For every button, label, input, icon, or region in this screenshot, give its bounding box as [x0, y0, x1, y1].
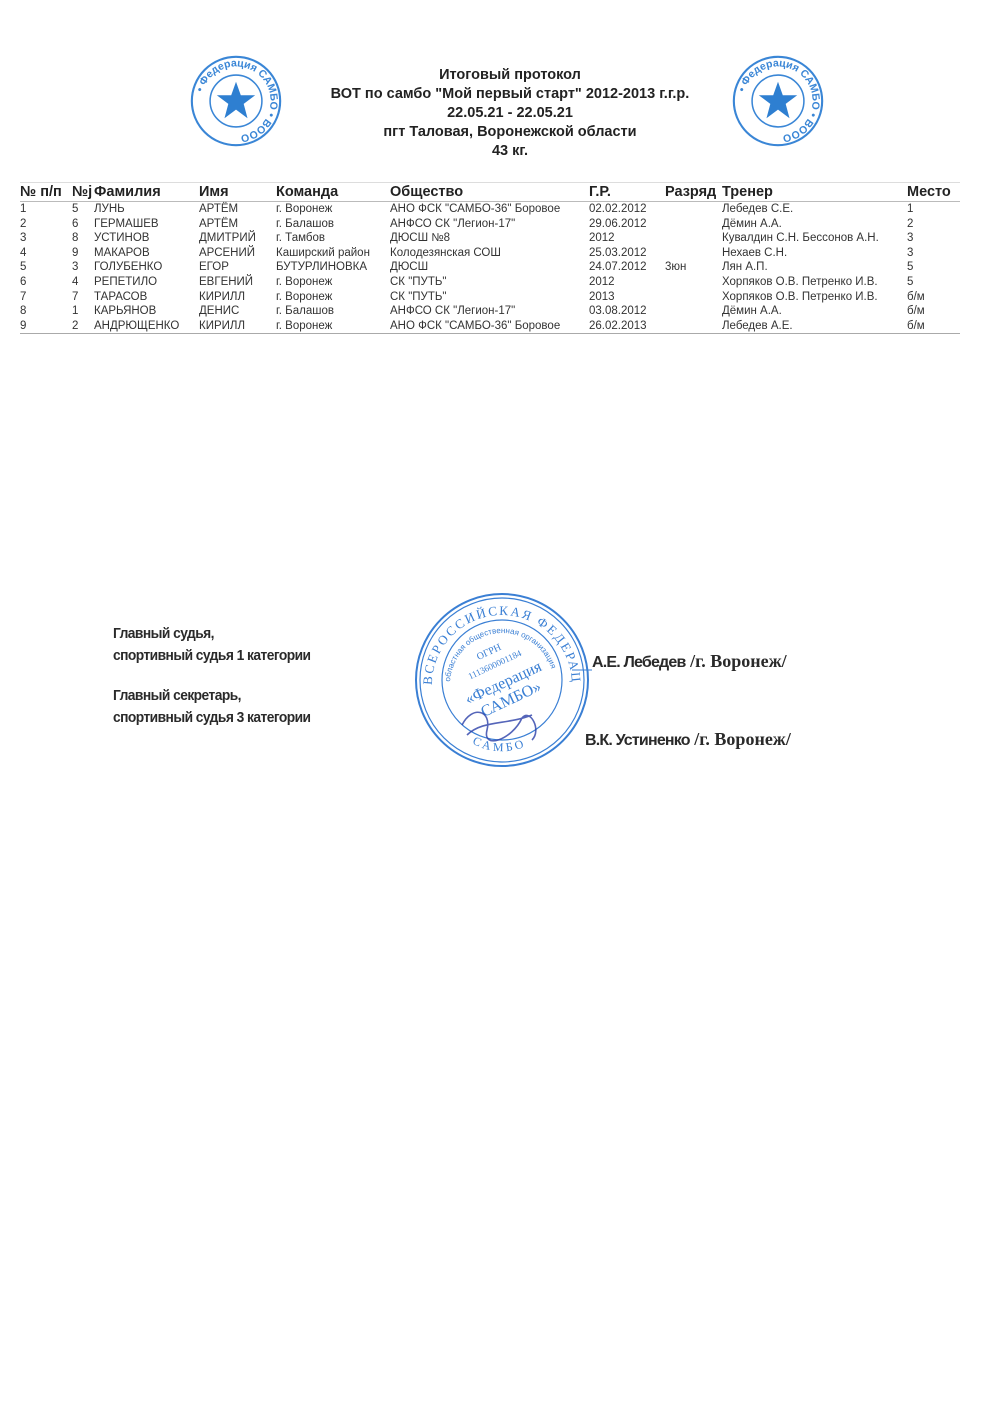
cell-surname: МАКАРОВ: [94, 246, 199, 261]
cell-birth-date: 03.08.2012: [589, 304, 665, 319]
cell-coach: Хорпяков О.В. Петренко И.В.: [722, 290, 907, 305]
cell-first-name: АРТЁМ: [199, 202, 276, 217]
table-row: 26ГЕРМАШЕВАРТЁМг. БалашовАНФСО СК "Легио…: [20, 217, 960, 232]
cell-club: ДЮСШ №8: [390, 231, 589, 246]
cell-draw-number: 7: [72, 290, 94, 305]
cell-coach: Хорпяков О.В. Петренко И.В.: [722, 275, 907, 290]
cell-rank: [665, 304, 722, 319]
cell-draw-number: 6: [72, 217, 94, 232]
cell-club: ДЮСШ: [390, 260, 589, 275]
column-header-draw-number: №j: [72, 183, 94, 202]
cell-draw-number: 8: [72, 231, 94, 246]
table-row: 81КАРЬЯНОВДЕНИСг. БалашовАНФСО СК "Легио…: [20, 304, 960, 319]
column-header-coach: Тренер: [722, 183, 907, 202]
chief-judge-name: А.Е. Лебедев /г. Воронеж/: [592, 651, 787, 672]
table-header-row: № п/п№jФамилияИмяКомандаОбществоГ.Р.Разр…: [20, 183, 960, 202]
cell-place: б/м: [907, 319, 960, 334]
cell-team: г. Воронеж: [276, 290, 390, 305]
cell-place: б/м: [907, 304, 960, 319]
competition-name: ВОТ по самбо "Мой первый старт" 2012-201…: [300, 85, 720, 104]
cell-first-name: КИРИЛЛ: [199, 319, 276, 334]
cell-first-name: ЕГОР: [199, 260, 276, 275]
results-table: № п/п№jФамилияИмяКомандаОбществоГ.Р.Разр…: [20, 182, 960, 334]
cell-birth-date: 2012: [589, 231, 665, 246]
cell-team: Каширский район: [276, 246, 390, 261]
cell-team: г. Балашов: [276, 304, 390, 319]
cell-club: АНО ФСК "САМБО-36" Боровое: [390, 202, 589, 217]
cell-rank: [665, 275, 722, 290]
cell-club: АНФСО СК "Легион-17": [390, 217, 589, 232]
cell-row-number: 9: [20, 319, 72, 334]
cell-surname: КАРЬЯНОВ: [94, 304, 199, 319]
chief-secretary-title: Главный секретарь,: [113, 685, 310, 707]
competition-dates: 22.05.21 - 22.05.21: [300, 104, 720, 123]
document-header: Итоговый протокол ВОТ по самбо "Мой перв…: [300, 66, 720, 161]
cell-rank: [665, 319, 722, 334]
cell-place: 5: [907, 260, 960, 275]
cell-birth-date: 2013: [589, 290, 665, 305]
table-row: 92АНДРЮЩЕНКОКИРИЛЛг. ВоронежАНО ФСК "САМ…: [20, 319, 960, 334]
cell-surname: ЛУНЬ: [94, 202, 199, 217]
cell-row-number: 4: [20, 246, 72, 261]
table-row: 53ГОЛУБЕНКОЕГОРБУТУРЛИНОВКАДЮСШ24.07.201…: [20, 260, 960, 275]
cell-rank: [665, 217, 722, 232]
cell-team: БУТУРЛИНОВКА: [276, 260, 390, 275]
cell-birth-date: 24.07.2012: [589, 260, 665, 275]
chief-judge-title: Главный судья,: [113, 623, 310, 645]
cell-row-number: 1: [20, 202, 72, 217]
column-header-birth-date: Г.Р.: [589, 183, 665, 202]
cell-rank: [665, 202, 722, 217]
cell-coach: Лебедев А.Е.: [722, 319, 907, 334]
cell-surname: РЕПЕТИЛО: [94, 275, 199, 290]
table-row: 64РЕПЕТИЛОЕВГЕНИЙг. ВоронежСК "ПУТЬ"2012…: [20, 275, 960, 290]
cell-rank: [665, 231, 722, 246]
cell-team: г. Воронеж: [276, 319, 390, 334]
cell-surname: АНДРЮЩЕНКО: [94, 319, 199, 334]
cell-coach: Нехаев С.Н.: [722, 246, 907, 261]
cell-team: г. Воронеж: [276, 202, 390, 217]
chief-secretary-category: спортивный судья 3 категории: [113, 707, 310, 729]
cell-first-name: ДЕНИС: [199, 304, 276, 319]
svg-text:САМБО: САМБО: [471, 733, 529, 754]
cell-draw-number: 3: [72, 260, 94, 275]
signatures-block: Главный судья, спортивный судья 1 катего…: [113, 623, 328, 747]
cell-club: АНФСО СК "Легион-17": [390, 304, 589, 319]
cell-coach: Лян А.П.: [722, 260, 907, 275]
cell-place: 1: [907, 202, 960, 217]
table-row: 49МАКАРОВАРСЕНИЙКаширский районКолодезян…: [20, 246, 960, 261]
svg-text:ВСЕРОССИЙСКАЯ ФЕДЕРАЦИЯ: ВСЕРОССИЙСКАЯ ФЕДЕРАЦИЯ: [412, 590, 584, 685]
cell-club: Колодезянская СОШ: [390, 246, 589, 261]
document-title: Итоговый протокол: [300, 66, 720, 85]
cell-draw-number: 9: [72, 246, 94, 261]
column-header-rank: Разряд: [665, 183, 722, 202]
cell-surname: ГОЛУБЕНКО: [94, 260, 199, 275]
cell-place: 2: [907, 217, 960, 232]
cell-surname: УСТИНОВ: [94, 231, 199, 246]
cell-team: г. Балашов: [276, 217, 390, 232]
cell-birth-date: 02.02.2012: [589, 202, 665, 217]
cell-rank: [665, 290, 722, 305]
column-header-first-name: Имя: [199, 183, 276, 202]
cell-row-number: 7: [20, 290, 72, 305]
cell-club: АНО ФСК "САМБО-36" Боровое: [390, 319, 589, 334]
cell-club: СК "ПУТЬ": [390, 275, 589, 290]
cell-club: СК "ПУТЬ": [390, 290, 589, 305]
chief-secretary-name: В.К. Устиненко /г. Воронеж/: [585, 729, 791, 750]
cell-draw-number: 5: [72, 202, 94, 217]
cell-place: б/м: [907, 290, 960, 305]
table-row: 38УСТИНОВДМИТРИЙг. ТамбовДЮСШ №82012Кува…: [20, 231, 960, 246]
cell-row-number: 5: [20, 260, 72, 275]
cell-place: 5: [907, 275, 960, 290]
cell-surname: ТАРАСОВ: [94, 290, 199, 305]
chief-judge-category: спортивный судья 1 категории: [113, 645, 310, 667]
cell-draw-number: 2: [72, 319, 94, 334]
column-header-place: Место: [907, 183, 960, 202]
cell-birth-date: 2012: [589, 275, 665, 290]
cell-surname: ГЕРМАШЕВ: [94, 217, 199, 232]
cell-place: 3: [907, 231, 960, 246]
cell-first-name: ДМИТРИЙ: [199, 231, 276, 246]
cell-row-number: 8: [20, 304, 72, 319]
cell-birth-date: 25.03.2012: [589, 246, 665, 261]
cell-draw-number: 1: [72, 304, 94, 319]
cell-birth-date: 29.06.2012: [589, 217, 665, 232]
cell-row-number: 6: [20, 275, 72, 290]
competition-location: пгт Таловая, Воронежской области: [300, 123, 720, 142]
cell-coach: Кувалдин С.Н. Бессонов А.Н.: [722, 231, 907, 246]
federation-stamp-right-icon: • Федерация САМБО • ВООО: [730, 53, 826, 149]
column-header-club: Общество: [390, 183, 589, 202]
cell-coach: Лебедев С.Е.: [722, 202, 907, 217]
cell-row-number: 2: [20, 217, 72, 232]
cell-draw-number: 4: [72, 275, 94, 290]
column-header-surname: Фамилия: [94, 183, 199, 202]
table-row: 15ЛУНЬАРТЁМг. ВоронежАНО ФСК "САМБО-36" …: [20, 202, 960, 217]
cell-rank: 3юн: [665, 260, 722, 275]
cell-team: г. Воронеж: [276, 275, 390, 290]
federation-stamp-left-icon: • Федерация САМБО • ВООО: [188, 53, 284, 149]
cell-coach: Дёмин А.А.: [722, 217, 907, 232]
cell-birth-date: 26.02.2013: [589, 319, 665, 334]
cell-row-number: 3: [20, 231, 72, 246]
cell-first-name: АРСЕНИЙ: [199, 246, 276, 261]
cell-team: г. Тамбов: [276, 231, 390, 246]
cell-rank: [665, 246, 722, 261]
cell-coach: Дёмин А.А.: [722, 304, 907, 319]
official-seal-icon: ВСЕРОССИЙСКАЯ ФЕДЕРАЦИЯ областная общест…: [412, 590, 592, 770]
table-body: 15ЛУНЬАРТЁМг. ВоронежАНО ФСК "САМБО-36" …: [20, 202, 960, 334]
cell-first-name: КИРИЛЛ: [199, 290, 276, 305]
cell-first-name: АРТЁМ: [199, 217, 276, 232]
cell-place: 3: [907, 246, 960, 261]
table-row: 77ТАРАСОВКИРИЛЛг. ВоронежСК "ПУТЬ"2013Хо…: [20, 290, 960, 305]
cell-first-name: ЕВГЕНИЙ: [199, 275, 276, 290]
weight-category: 43 кг.: [300, 142, 720, 161]
column-header-row-number: № п/п: [20, 183, 72, 202]
column-header-team: Команда: [276, 183, 390, 202]
